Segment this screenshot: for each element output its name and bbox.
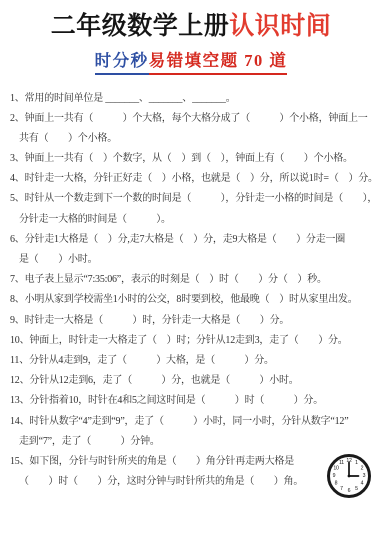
question-item: 2、钟面上一共有（ ）个大格，每个大格分成了（ ）个小格，钟面上一共有（ ）个小… — [10, 109, 376, 149]
svg-text:9: 9 — [333, 473, 336, 479]
question-line: 12、分针从12走到6，走了（ ）分，也就是（ ）小时。 — [10, 371, 376, 391]
question-line: 3、钟面上一共有（ ）个数字，从（ ）到（ ），钟面上有（ ）个小格。 — [10, 149, 376, 169]
subtitle-red-text: 易错填空题 70 道 — [149, 51, 288, 75]
question-item: 6、分针走1大格是（ ）分,走7大格是（ ）分，走9大格是（ ）分走一圈是（ ）… — [10, 230, 376, 270]
svg-text:6: 6 — [348, 488, 351, 494]
question-line: 走到“7”，走了（ ）分钟。 — [10, 432, 376, 452]
question-line: 4、时针走一大格，分针正好走（ ）小格，也就是（ ）分，所以说1时=（ ）分。 — [10, 169, 376, 189]
question-item: 3、钟面上一共有（ ）个数字，从（ ）到（ ），钟面上有（ ）个小格。 — [10, 149, 376, 169]
page-title: 二年级数学上册认识时间 — [0, 12, 382, 41]
svg-text:10: 10 — [333, 465, 339, 471]
question-list: 1、常用的时间单位是 _______、_______、_______。2、钟面上… — [0, 89, 382, 493]
question-line: 13、分针指着10，时针在4和5之间这时间是（ ）时（ ）分。 — [10, 391, 376, 411]
question-item: 121234567891011 15、如下图，分针与时针所夹的角是（ ）角分针再… — [10, 452, 376, 492]
question-item: 10、钟面上，时针走一大格走了（ ）时；分针从12走到3，走了（ ）分。 — [10, 331, 376, 351]
clock-image: 121234567891011 — [326, 453, 372, 499]
title-red-text: 认识时间 — [229, 12, 331, 40]
question-line: 11、分针从4走到9，走了（ ）大格，是（ ）分。 — [10, 351, 376, 371]
svg-text:8: 8 — [335, 480, 338, 486]
question-line: 15、如下图，分针与时针所夹的角是（ ）角分针再走两大格是 — [10, 452, 376, 472]
question-line: 2、钟面上一共有（ ）个大格，每个大格分成了（ ）个小格，钟面上一 — [10, 109, 376, 129]
question-item: 1、常用的时间单位是 _______、_______、_______。 — [10, 89, 376, 109]
svg-text:5: 5 — [355, 486, 358, 492]
question-line: （ ）时（ ）分，这时分钟与时针所共的角是（ ）角。 — [10, 472, 376, 492]
question-line: 5、时针从一个数走到下一个数的时间是（ ），分针走一小格的时间是（ ）， — [10, 189, 376, 209]
svg-text:11: 11 — [339, 460, 344, 466]
question-item: 8、小明从家到学校需坐1小时的公交，8时要到校，他最晚（ ）时从家里出发。 — [10, 290, 376, 310]
clock-face: 121234567891011 — [326, 453, 372, 499]
subtitle-blue-text: 时分秒 — [95, 51, 149, 75]
clock-center-pin — [348, 475, 351, 478]
question-line: 分针走一大格的时间是（ ）。 — [10, 210, 376, 230]
question-item: 4、时针走一大格，分针正好走（ ）小格，也就是（ ）分，所以说1时=（ ）分。 — [10, 169, 376, 189]
svg-text:1: 1 — [355, 460, 358, 466]
question-line: 10、钟面上，时针走一大格走了（ ）时；分针从12走到3，走了（ ）分。 — [10, 331, 376, 351]
question-line: 1、常用的时间单位是 _______、_______、_______。 — [10, 89, 376, 109]
question-item: 12、分针从12走到6，走了（ ）分，也就是（ ）小时。 — [10, 371, 376, 391]
question-line: 14、时针从数字“4”走到“9”，走了（ ）小时，同一小时，分针从数字“12” — [10, 412, 376, 432]
svg-text:3: 3 — [363, 473, 366, 479]
question-line: 7、电子表上显示“7:35:06”，表示的时刻是（ ）时（ ）分（ ）秒。 — [10, 270, 376, 290]
question-line: 共有（ ）个小格。 — [10, 129, 376, 149]
title-black-text: 二年级数学上册 — [51, 12, 230, 40]
svg-text:4: 4 — [361, 480, 364, 486]
question-line: 9、时针走一大格是（ ）时，分针走一大格是（ ）分。 — [10, 311, 376, 331]
question-item: 11、分针从4走到9，走了（ ）大格，是（ ）分。 — [10, 351, 376, 371]
question-item: 13、分针指着10，时针在4和5之间这时间是（ ）时（ ）分。 — [10, 391, 376, 411]
svg-text:2: 2 — [361, 465, 364, 471]
question-line: 是（ ）小时。 — [10, 250, 376, 270]
question-line: 6、分针走1大格是（ ）分,走7大格是（ ）分，走9大格是（ ）分走一圈 — [10, 230, 376, 250]
page-subtitle: 时分秒易错填空题 70 道 — [0, 51, 382, 71]
question-item: 5、时针从一个数走到下一个数的时间是（ ），分针走一小格的时间是（ ），分针走一… — [10, 189, 376, 229]
question-item: 14、时针从数字“4”走到“9”，走了（ ）小时，同一小时，分针从数字“12”走… — [10, 412, 376, 452]
question-item: 9、时针走一大格是（ ）时，分针走一大格是（ ）分。 — [10, 311, 376, 331]
question-line: 8、小明从家到学校需坐1小时的公交，8时要到校，他最晚（ ）时从家里出发。 — [10, 290, 376, 310]
svg-text:7: 7 — [340, 486, 343, 492]
worksheet-page: 二年级数学上册认识时间 时分秒易错填空题 70 道 1、常用的时间单位是 ___… — [0, 0, 382, 540]
question-item: 7、电子表上显示“7:35:06”，表示的时刻是（ ）时（ ）分（ ）秒。 — [10, 270, 376, 290]
